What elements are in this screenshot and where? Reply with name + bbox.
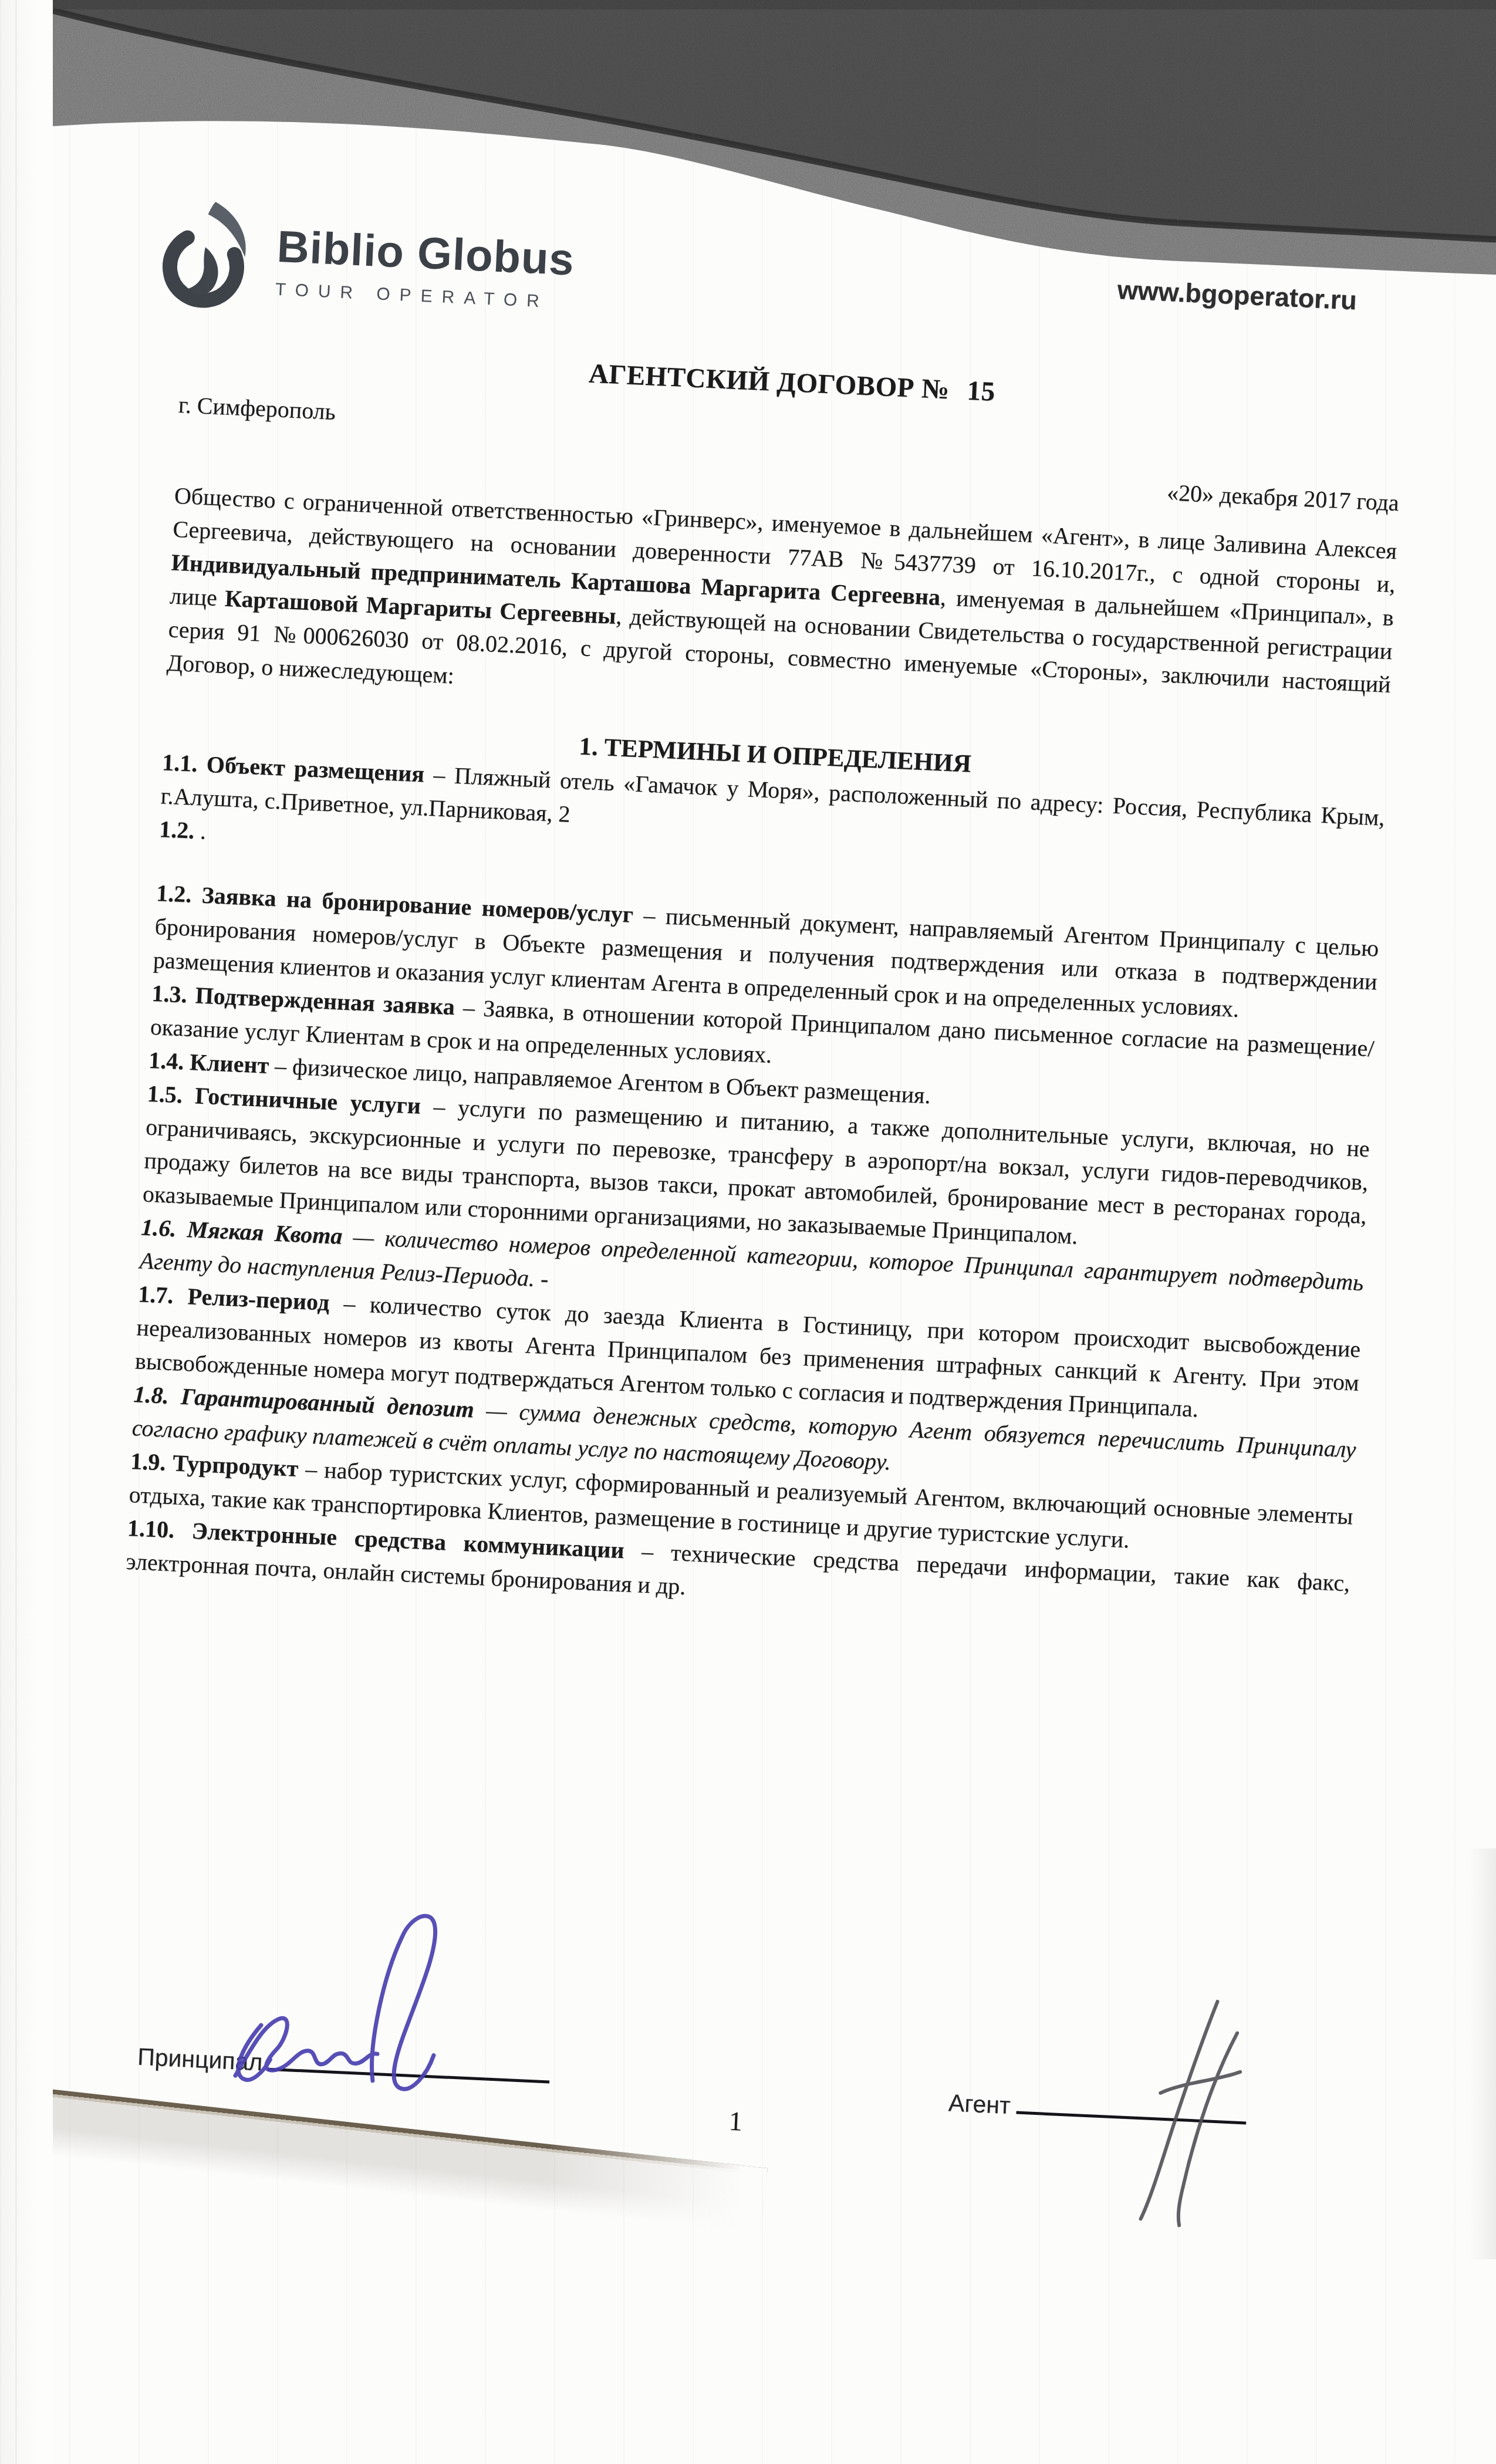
item-term: Клиент — [189, 1049, 269, 1079]
brand-text-block: Biblio Globus TOUR OPERATOR — [275, 200, 576, 313]
brand-tagline: TOUR OPERATOR — [275, 280, 573, 313]
scanned-contract-page: Biblio Globus TOUR OPERATOR www.bgoperat… — [0, 0, 1496, 2464]
item-number: 1.1. — [161, 749, 198, 777]
item-number: 1.8. — [133, 1381, 170, 1409]
brand-name: Biblio Globus — [276, 225, 575, 283]
item-number: 1.5. — [147, 1080, 183, 1108]
item-number: 1.3. — [151, 980, 188, 1008]
intro-paragraph: Общество с ограниченной ответственностью… — [166, 479, 1397, 735]
principal-signature-line — [268, 2048, 551, 2084]
item-number: 1.10. — [127, 1515, 175, 1543]
contract-number: 15 — [967, 376, 996, 407]
agent-signature-block: Агент — [948, 2088, 1247, 2130]
scanner-left-margin — [0, 0, 53, 2464]
item-number: 1.2. — [156, 880, 192, 908]
agent-signature-line — [1016, 2091, 1247, 2125]
item-number: 1.6. — [140, 1214, 177, 1242]
title-label: АГЕНТСКИЙ ДОГОВОР № — [588, 359, 950, 405]
item-text: . — [194, 817, 207, 844]
item-term: Релиз-период — [187, 1283, 330, 1316]
item-term: Мягкая Квота — [187, 1216, 343, 1249]
item-term: Турпродукт — [172, 1449, 299, 1482]
item-term: Объект размещения — [206, 751, 425, 787]
page-number: 1 — [714, 2104, 757, 2137]
item-number: 1.2. — [158, 816, 195, 844]
item-number: 1.4. — [148, 1047, 184, 1075]
logo-block: Biblio Globus TOUR OPERATOR — [160, 195, 693, 348]
principal-label: Принципал — [137, 2043, 263, 2076]
agent-label: Агент — [948, 2089, 1011, 2119]
biblio-globus-logo-icon — [160, 195, 255, 314]
item-number: 1.7. — [137, 1280, 174, 1309]
item-term: Гостиничные услуги — [194, 1082, 421, 1118]
principal-signature-block: Принципал — [137, 2042, 551, 2090]
scanner-right-artifact — [1469, 1848, 1496, 2259]
document-body: АГЕНТСКИЙ ДОГОВОР №15 г. Симферополь «20… — [96, 329, 1404, 2289]
item-number: 1.9. — [130, 1448, 166, 1476]
